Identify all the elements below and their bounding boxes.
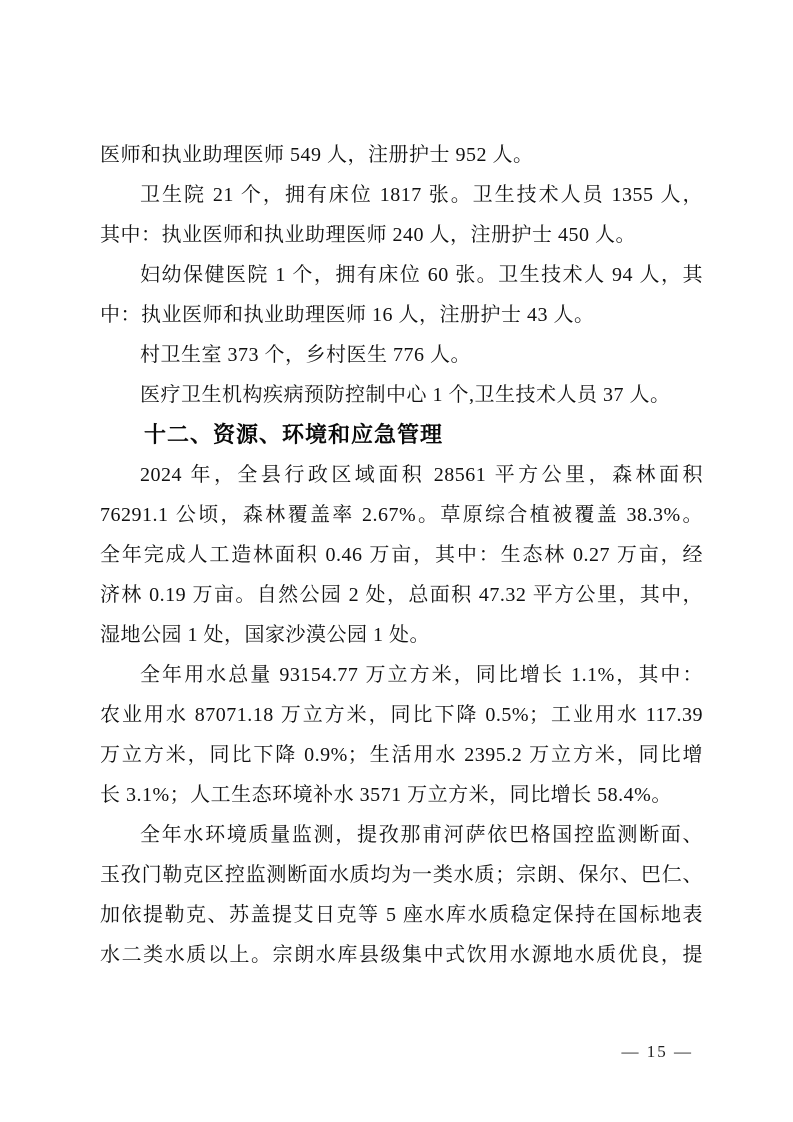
text-line: 妇幼保健医院 1 个，拥有床位 60 张。卫生技术人 94 人，其 — [100, 255, 703, 295]
text-line: 加依提勒克、苏盖提艾日克等 5 座水库水质稳定保持在国标地表 — [100, 895, 703, 935]
text-line: 水二类水质以上。宗朗水库县级集中式饮用水源地水质优良，提 — [100, 935, 703, 975]
text-line: 济林 0.19 万亩。自然公园 2 处，总面积 47.32 平方公里，其中， — [100, 575, 703, 615]
paragraph: 医疗卫生机构疾病预防控制中心 1 个,卫生技术人员 37 人。 — [100, 375, 703, 415]
text-line: 湿地公园 1 处，国家沙漠公园 1 处。 — [100, 615, 703, 655]
paragraph: 医师和执业助理医师 549 人，注册护士 952 人。 — [100, 135, 703, 175]
text-line: 全年水环境质量监测，提孜那甫河萨依巴格国控监测断面、 — [100, 815, 703, 855]
text-line: 玉孜门勒克区控监测断面水质均为一类水质；宗朗、保尔、巴仁、 — [100, 855, 703, 895]
page-footer: — 15 — — [622, 1038, 694, 1066]
paragraph: 妇幼保健医院 1 个，拥有床位 60 张。卫生技术人 94 人，其中：执业医师和… — [100, 255, 703, 335]
paragraph: 全年用水总量 93154.77 万立方米，同比增长 1.1%，其中：农业用水 8… — [100, 655, 703, 815]
page-number: — 15 — — [622, 1042, 694, 1061]
document-page: 医师和执业助理医师 549 人，注册护士 952 人。卫生院 21 个，拥有床位… — [0, 0, 793, 1122]
paragraph: 全年水环境质量监测，提孜那甫河萨依巴格国控监测断面、玉孜门勒克区控监测断面水质均… — [100, 815, 703, 975]
text-line: 中：执业医师和执业助理医师 16 人，注册护士 43 人。 — [100, 295, 703, 335]
text-line: 长 3.1%；人工生态环境补水 3571 万立方米，同比增长 58.4%。 — [100, 775, 703, 815]
text-line: 村卫生室 373 个，乡村医生 776 人。 — [100, 335, 703, 375]
paragraph: 卫生院 21 个，拥有床位 1817 张。卫生技术人员 1355 人，其中：执业… — [100, 175, 703, 255]
text-line: 2024 年，全县行政区域面积 28561 平方公里，森林面积 — [100, 455, 703, 495]
text-line: 卫生院 21 个，拥有床位 1817 张。卫生技术人员 1355 人， — [100, 175, 703, 215]
text-line: 其中：执业医师和执业助理医师 240 人，注册护士 450 人。 — [100, 215, 703, 255]
text-line: 医师和执业助理医师 549 人，注册护士 952 人。 — [100, 135, 703, 175]
paragraph: 2024 年，全县行政区域面积 28561 平方公里，森林面积76291.1 公… — [100, 455, 703, 655]
text-line: 全年完成人工造林面积 0.46 万亩，其中：生态林 0.27 万亩，经 — [100, 535, 703, 575]
text-line: 76291.1 公顷，森林覆盖率 2.67%。草原综合植被覆盖 38.3%。 — [100, 495, 703, 535]
page-body: 医师和执业助理医师 549 人，注册护士 952 人。卫生院 21 个，拥有床位… — [100, 135, 703, 975]
section-heading: 十二、资源、环境和应急管理 — [100, 415, 703, 455]
paragraph: 村卫生室 373 个，乡村医生 776 人。 — [100, 335, 703, 375]
text-line: 农业用水 87071.18 万立方米，同比下降 0.5%；工业用水 117.39 — [100, 695, 703, 735]
text-line: 医疗卫生机构疾病预防控制中心 1 个,卫生技术人员 37 人。 — [100, 375, 703, 415]
text-line: 全年用水总量 93154.77 万立方米，同比增长 1.1%，其中： — [100, 655, 703, 695]
text-line: 万立方米，同比下降 0.9%；生活用水 2395.2 万立方米，同比增 — [100, 735, 703, 775]
